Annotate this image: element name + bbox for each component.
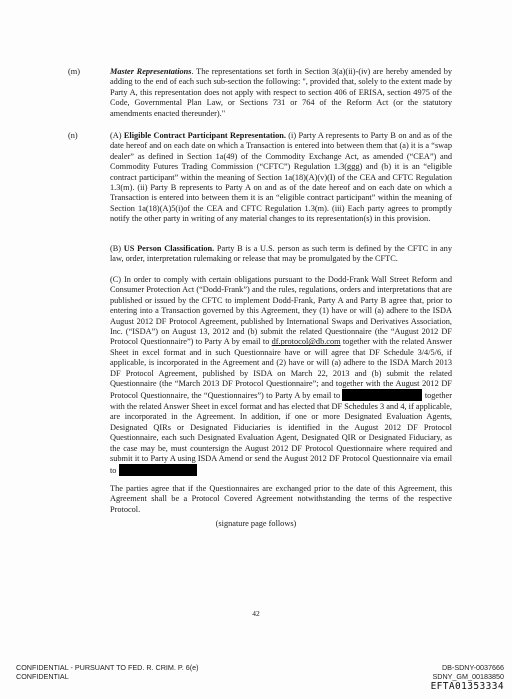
section-n-b-prefix: (B) [110,244,124,253]
section-n-b-paragraph: (B) US Person Classification. Party B is… [110,244,452,265]
redacted-email-block [119,464,197,476]
footer-confidentiality: CONFIDENTIAL - PURSUANT TO FED. R. CRIM.… [16,663,199,681]
section-n-c-part1: (C) In order to comply with certain obli… [110,275,452,346]
section-m-label: (m) [68,67,80,77]
redacted-email-block [342,389,422,401]
section-n-b-heading: US Person Classification. [124,244,214,253]
section-m-paragraph: Master Representations. The representati… [110,67,452,119]
footer-left-line2: CONFIDENTIAL [16,672,199,681]
closing-paragraph: The parties agree that if the Questionna… [110,484,452,515]
section-n-a-heading: Eligible Contract Participant Representa… [124,131,286,140]
section-n-label: (n) [68,131,78,141]
footer-right-line2: SDNY_GM_00183850 [431,672,504,681]
page-number: 42 [0,609,512,619]
signature-note: (signature page follows) [0,519,512,529]
footer-left-line1: CONFIDENTIAL - PURSUANT TO FED. R. CRIM.… [16,663,199,672]
footer-right-line1: DB-SDNY-0037666 [431,663,504,672]
section-n-c-paragraph: (C) In order to comply with certain obli… [110,275,452,477]
section-m-heading: Master Representations [110,67,192,76]
section-n-a-paragraph: (A) Eligible Contract Participant Repres… [110,131,452,225]
footer-efta-number: EFTA01353334 [431,681,504,692]
section-n-a-text: (i) Party A represents to Party B on and… [110,131,452,223]
section-n-c-part3: together with the related Answer Sheet i… [110,391,452,475]
document-page: (m) Master Representations. The represen… [0,0,512,699]
protocol-email-link[interactable]: df.protocol@db.com [272,337,341,346]
footer-bates-numbers: DB-SDNY-0037666 SDNY_GM_00183850 EFTA013… [431,663,504,692]
section-n-a-prefix: (A) [110,131,124,140]
